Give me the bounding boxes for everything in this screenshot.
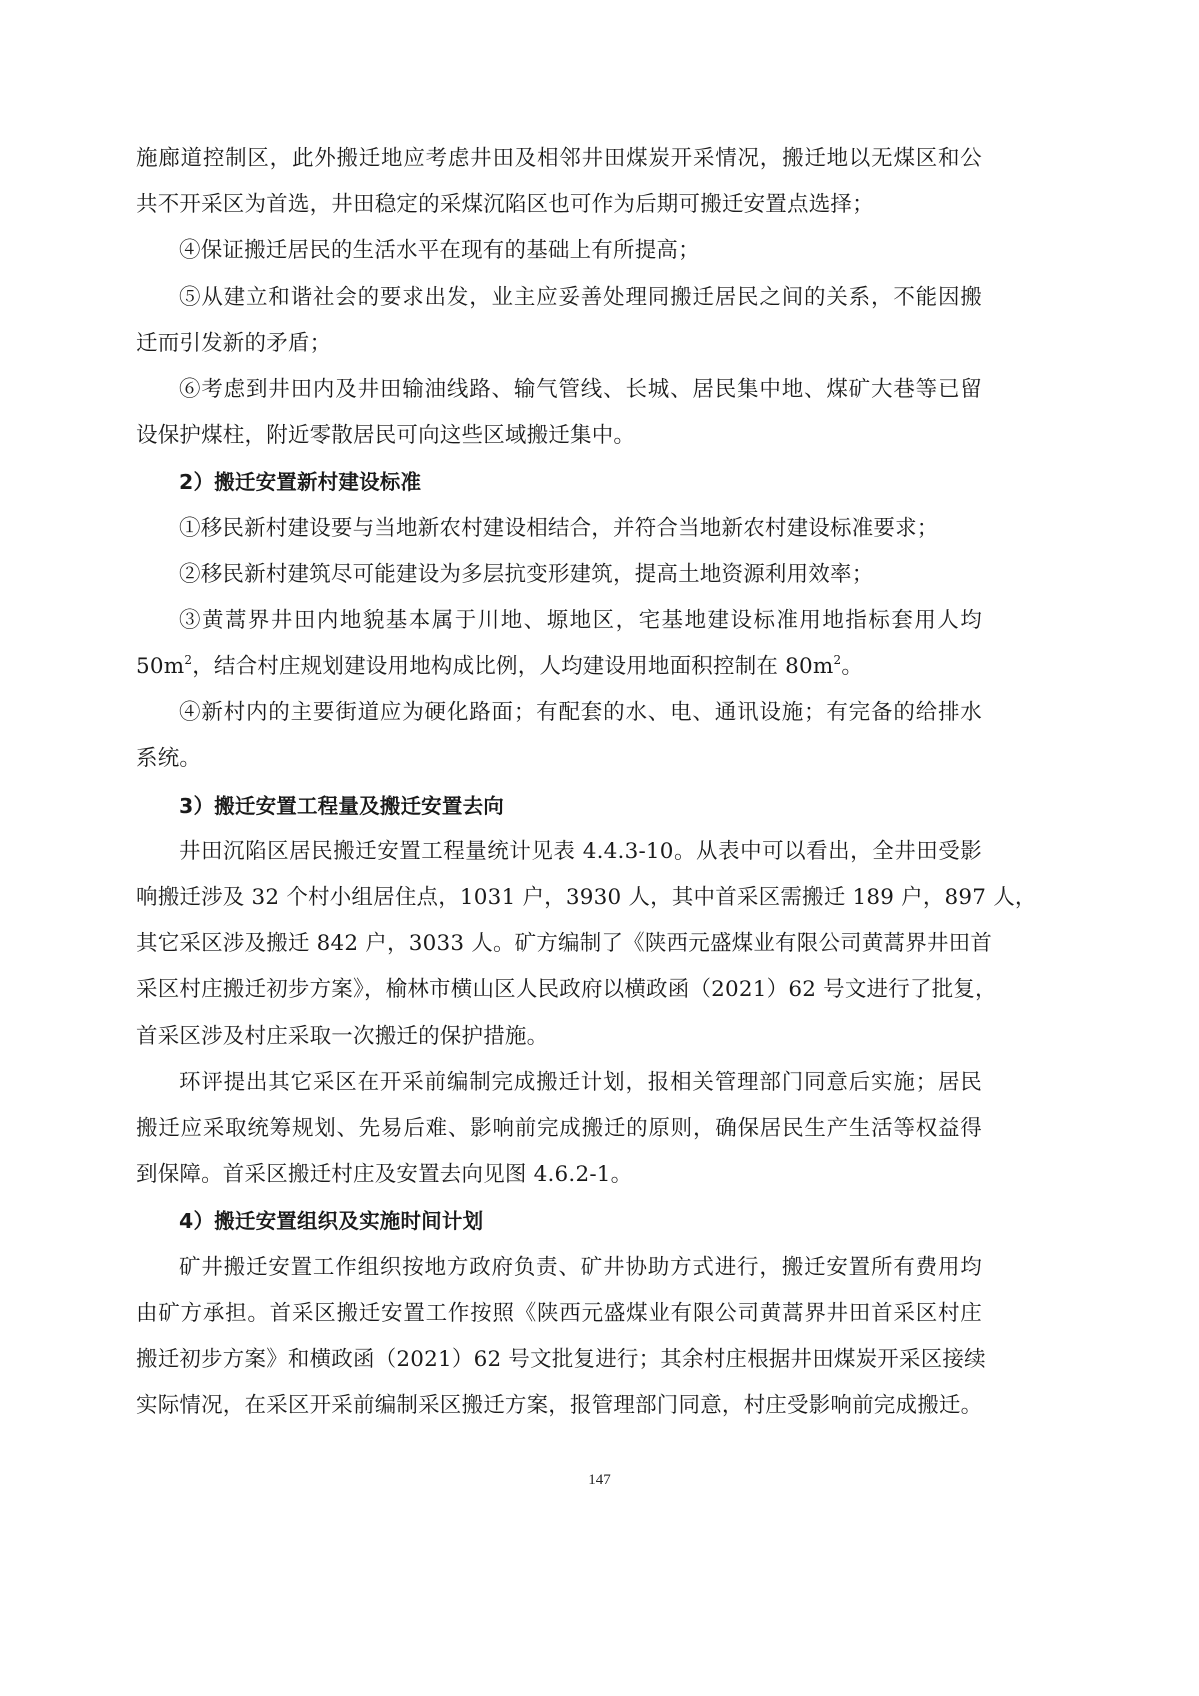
paragraph-item-6-protective-pillars: ⑥考虑到井田内及井田输油线路、输气管线、长城、居民集中地、煤矿大巷等已留 设保护… xyxy=(136,367,982,459)
heading-text: 3）搬迁安置工程量及搬迁安置去向 xyxy=(136,783,982,829)
text-line: 到保障。首采区搬迁村庄及安置去向见图 4.6.2-1。 xyxy=(136,1152,982,1198)
paragraph-standard-4: ④新村内的主要街道应为硬化路面；有配套的水、电、通讯设施；有完备的给排水 系统。 xyxy=(136,690,982,782)
text-line: 搬迁应采取统筹规划、先易后难、影响前完成搬迁的原则，确保居民生产生活等权益得 xyxy=(136,1106,982,1152)
heading-text: 2）搬迁安置新村建设标准 xyxy=(136,459,982,505)
text-line: 其它采区涉及搬迁 842 户，3033 人。矿方编制了《陕西元盛煤业有限公司黄蒿… xyxy=(136,921,982,967)
paragraph-relocation-site-selection: 施廊道控制区，此外搬迁地应考虑井田及相邻井田煤炭开采情况，搬迁地以无煤区和公 共… xyxy=(136,136,982,228)
section-heading-3: 3）搬迁安置工程量及搬迁安置去向 xyxy=(136,783,982,829)
text-line: ⑤从建立和谐社会的要求出发，业主应妥善处理同搬迁居民之间的关系，不能因搬 xyxy=(136,275,982,321)
section-heading-2: 2）搬迁安置新村建设标准 xyxy=(136,459,982,505)
text-line: 响搬迁涉及 32 个村小组居住点，1031 户，3930 人，其中首采区需搬迁 … xyxy=(136,875,982,921)
text-line: ①移民新村建设要与当地新农村建设相结合，并符合当地新农村建设标准要求； xyxy=(136,506,982,552)
text-line: 采区村庄搬迁初步方案》，榆林市横山区人民政府以横政函（2021）62 号文进行了… xyxy=(136,967,982,1013)
text-line: 由矿方承担。首采区搬迁安置工作按照《陕西元盛煤业有限公司黄蒿界井田首采区村庄 xyxy=(136,1291,982,1337)
text-line: 迁而引发新的矛盾； xyxy=(136,321,982,367)
section-heading-4: 4）搬迁安置组织及实施时间计划 xyxy=(136,1198,982,1244)
page-number: 147 xyxy=(0,1472,1199,1489)
text-line: 50m2，结合村庄规划建设用地构成比例，人均建设用地面积控制在 80m2。 xyxy=(136,644,982,690)
text-line: 井田沉陷区居民搬迁安置工程量统计见表 4.4.3-10。从表中可以看出，全井田受… xyxy=(136,829,982,875)
text-line: ②移民新村建筑尽可能建设为多层抗变形建筑，提高土地资源利用效率； xyxy=(136,552,982,598)
paragraph-standard-1: ①移民新村建设要与当地新农村建设相结合，并符合当地新农村建设标准要求； xyxy=(136,506,982,552)
paragraph-item-4-living-standard: ④保证搬迁居民的生活水平在现有的基础上有所提高； xyxy=(136,228,982,274)
text-line: 系统。 xyxy=(136,736,982,782)
text-line: 矿井搬迁安置工作组织按地方政府负责、矿井协助方式进行，搬迁安置所有费用均 xyxy=(136,1245,982,1291)
paragraph-organization-plan: 矿井搬迁安置工作组织按地方政府负责、矿井协助方式进行，搬迁安置所有费用均 由矿方… xyxy=(136,1245,982,1430)
text-line: ③黄蒿界井田内地貌基本属于川地、塬地区，宅基地建设标准用地指标套用人均 xyxy=(136,598,982,644)
heading-text: 4）搬迁安置组织及实施时间计划 xyxy=(136,1198,982,1244)
text-line: 实际情况，在采区开采前编制采区搬迁方案，报管理部门同意，村庄受影响前完成搬迁。 xyxy=(136,1383,982,1429)
text-line: 设保护煤柱，附近零散居民可向这些区域搬迁集中。 xyxy=(136,413,982,459)
document-page: 施廊道控制区，此外搬迁地应考虑井田及相邻井田煤炭开采情况，搬迁地以无煤区和公 共… xyxy=(136,136,982,1429)
text-line: 环评提出其它采区在开采前编制完成搬迁计划，报相关管理部门同意后实施；居民 xyxy=(136,1060,982,1106)
text-line: ④新村内的主要街道应为硬化路面；有配套的水、电、通讯设施；有完备的给排水 xyxy=(136,690,982,736)
text-line: 施廊道控制区，此外搬迁地应考虑井田及相邻井田煤炭开采情况，搬迁地以无煤区和公 xyxy=(136,136,982,182)
text-line: ④保证搬迁居民的生活水平在现有的基础上有所提高； xyxy=(136,228,982,274)
paragraph-eia-requirements: 环评提出其它采区在开采前编制完成搬迁计划，报相关管理部门同意后实施；居民 搬迁应… xyxy=(136,1060,982,1199)
text-line: 搬迁初步方案》和横政函（2021）62 号文批复进行；其余村庄根据井田煤炭开采区… xyxy=(136,1337,982,1383)
text-line: 首采区涉及村庄采取一次搬迁的保护措施。 xyxy=(136,1014,982,1060)
superscript-2: 2 xyxy=(184,653,192,667)
superscript-2: 2 xyxy=(834,653,842,667)
text-line: 共不开采区为首选，井田稳定的采煤沉陷区也可作为后期可搬迁安置点选择； xyxy=(136,182,982,228)
paragraph-relocation-quantities: 井田沉陷区居民搬迁安置工程量统计见表 4.4.3-10。从表中可以看出，全井田受… xyxy=(136,829,982,1060)
paragraph-item-5-harmonious-society: ⑤从建立和谐社会的要求出发，业主应妥善处理同搬迁居民之间的关系，不能因搬 迁而引… xyxy=(136,275,982,367)
paragraph-standard-3: ③黄蒿界井田内地貌基本属于川地、塬地区，宅基地建设标准用地指标套用人均 50m2… xyxy=(136,598,982,690)
text-line: ⑥考虑到井田内及井田输油线路、输气管线、长城、居民集中地、煤矿大巷等已留 xyxy=(136,367,982,413)
paragraph-standard-2: ②移民新村建筑尽可能建设为多层抗变形建筑，提高土地资源利用效率； xyxy=(136,552,982,598)
